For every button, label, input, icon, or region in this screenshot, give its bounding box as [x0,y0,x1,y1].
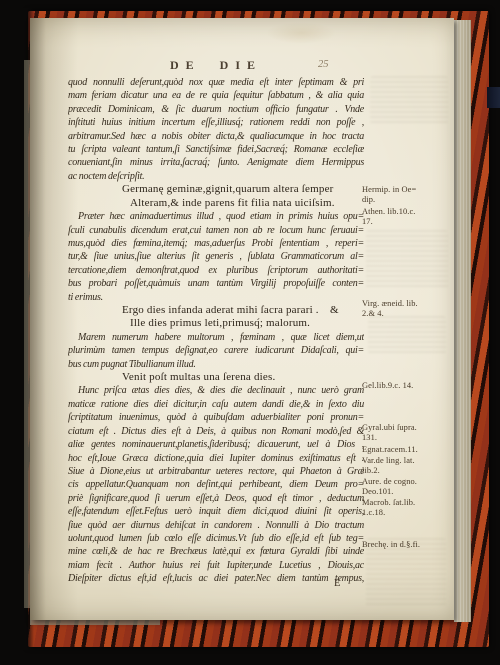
text-line: mus,quòd dies fœmina,itemq́; mas,aduerſu… [68,237,364,250]
text-line: Præter hæc animaduertimus illud , quod e… [68,210,364,223]
text-line: bus probari poſſet,quàmuis unam tantùm V… [68,277,364,290]
signature-mark: E [334,578,340,589]
fore-edge-page-stack [454,20,471,622]
text-line: cis appellatur.Quanquam non deſint,qui p… [68,478,364,491]
verse-text: Ergo dies infanda aderat mihi ſacra para… [122,304,319,316]
text-line: inſtituti huius initium incertum eſſe,il… [68,116,364,129]
text-line: bus cum pugnat Tibullianum illud. [68,358,364,371]
text-line: priè ſignificare,quod ſi uerum eſſet,à D… [68,492,364,505]
text-line: quod nonnulli deſerunt,quòd nox quæ medi… [68,76,364,89]
margin-note: Gyral.ubi ſupra. 131. [362,423,458,443]
bookmark-tab [487,87,500,108]
text-line: tercatione,diem demonſtrat,quod ex pluri… [68,264,364,277]
text-block: quod nonnulli deſerunt,quòd nox quæ medi… [68,76,364,586]
text-line: tur,& ſiue unius,ſiue alterius ſit gener… [68,250,364,263]
text-line: aliæ gentes nominauerunt,planetis,ſideri… [68,438,364,451]
margin-note: Virg. æneid. lib. 2.& 4. [362,299,458,319]
text-line: uolunt,quod lumen ſub cœlo eſſe dicimus.… [68,532,364,545]
text-line: mam feriam dicatur una ea de re quia ſeq… [68,89,364,102]
text-line: Hunc priſca ætas dies dies, & dies die d… [68,384,364,397]
margin-note: Egnat.racem.11. [362,445,458,455]
verse-line: Alteram,& inde parens fit filia nata uic… [68,197,364,210]
margin-note: Macrob. ſat.lib. 1.c.18. [362,498,458,518]
show-through-smudge [368,316,446,354]
verse-line: Ergo dies infanda aderat mihi ſacra para… [68,304,364,317]
text-line: præcedit Dominicam, & ſic duarum noctium… [68,103,364,116]
text-line: maticæ ratione dies diei dicitur,in caſu… [68,398,364,411]
foxing-stain [266,22,336,44]
text-line: arbitramur.Sed hæc a nobis obiter dicta,… [68,130,364,143]
verse-line: Ille dies primus leti,primusq́; malorum. [68,317,364,330]
show-through-smudge [366,230,448,290]
text-line: miam fecit . Author huius rei fuit Iupit… [68,559,364,572]
show-through-smudge [370,76,448,124]
ampersand-mark: & [330,304,339,317]
verse-line: Germanę geminæ,gignit,quarum altera ſemp… [68,183,364,196]
text-line: ſiue quòd aer diurnus dehiſcat in candor… [68,519,364,532]
margin-note: Gel.lib.9.c. 14. [362,381,458,391]
margin-note: Athen. lib.10.c. 17. [362,207,458,227]
text-line: hoc eſt,Ioue Græca dictione,quia diei Iu… [68,452,364,465]
text-line: tu ſcripta valeant tantum,ſi Sanctiſsimæ… [68,143,364,156]
margin-note: Var.de ling. lat. lib.2. [362,456,458,476]
text-line: Marem numerum habere multorum , fœminam … [68,331,364,344]
text-line: eſſe,fatendum eſſet.Feſtus uerò inquit d… [68,505,364,518]
folio-number: 25 [318,59,329,70]
text-line: mine cœli,& de hac re Brechæus latè,qui … [68,545,364,558]
text-line: Dieſpiter dictus eſt,id eſt,lucis ac die… [68,572,364,585]
text-line: Siue à Dione,eius ut arbitrabantur ueter… [68,465,364,478]
text-line: ſcriptitatum inuenimus, quòd à quibuſdam… [68,411,364,424]
text-line: conueniant,ſin minus irrita,ſacraq́; ſun… [68,156,364,169]
margin-note: Aure. de cogno. Deo.101. [362,477,458,497]
text-line: ac noctem deſcripſit. [68,170,364,183]
margin-note: Brechę. in d.§.fi. [362,540,458,550]
text-line: ciatum eſt . Dictus dies eſt à Deis, à q… [68,425,364,438]
text-line: ſculi cunabulis dicendum erat,cui tamen … [68,224,364,237]
book-page: DE DIE 25 quod nonnulli deſerunt,quòd no… [30,18,454,620]
verse-line: Venit poſt multas una ſerena dies. [68,371,364,384]
text-line: plurimùm tamen tempus deſignat,eo carere… [68,344,364,357]
photo-backdrop: DE DIE 25 quod nonnulli deſerunt,quòd no… [0,0,500,665]
text-line: ti erimus. [68,291,364,304]
margin-note: Hermip. in Oe= dip. [362,185,458,205]
